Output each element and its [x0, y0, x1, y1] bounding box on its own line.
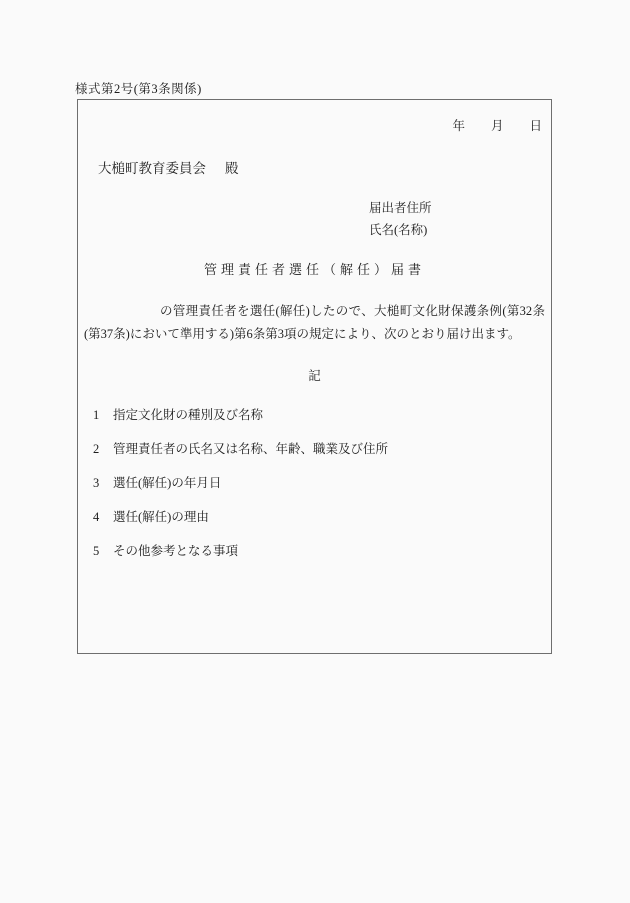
addressee-line: 大槌町教育委員会殿 — [98, 157, 239, 177]
list-item: 2 管理責任者の氏名又は名称、年齢、職業及び住所 — [93, 442, 388, 456]
addressee-honorific: 殿 — [225, 157, 239, 177]
item-text: 指定文化財の種別及び名称 — [113, 408, 263, 422]
item-text: 選任(解任)の年月日 — [113, 476, 221, 490]
document-title: 管理責任者選任（解任）届書 — [78, 259, 551, 278]
item-number: 1 — [93, 408, 113, 422]
item-text: その他参考となる事項 — [113, 544, 238, 558]
date-line: 年月日 — [452, 116, 542, 134]
item-number: 5 — [93, 544, 113, 558]
form-number-label: 様式第2号(第3条関係) — [75, 79, 202, 97]
submitter-block: 届出者住所 氏名(名称) — [369, 197, 432, 241]
addressee-name: 大槌町教育委員会 — [98, 161, 206, 176]
document-page: 様式第2号(第3条関係) 年月日 大槌町教育委員会殿 届出者住所 氏名(名称) … — [0, 0, 630, 903]
date-month-label: 月 — [491, 119, 504, 133]
item-number: 4 — [93, 510, 113, 524]
item-text: 選任(解任)の理由 — [113, 510, 209, 524]
list-item: 4 選任(解任)の理由 — [93, 510, 388, 524]
item-list: 1 指定文化財の種別及び名称 2 管理責任者の氏名又は名称、年齢、職業及び住所 … — [93, 408, 388, 578]
submitter-address-label: 届出者住所 — [369, 197, 432, 219]
list-item: 5 その他参考となる事項 — [93, 544, 388, 558]
body-paragraph: の管理責任者を選任(解任)したので、大槌町文化財保護条例(第32条(第37条)に… — [84, 300, 545, 346]
date-day-label: 日 — [529, 119, 542, 133]
item-number: 3 — [93, 476, 113, 490]
form-border-box: 年月日 大槌町教育委員会殿 届出者住所 氏名(名称) 管理責任者選任（解任）届書… — [77, 99, 552, 654]
date-year-label: 年 — [452, 119, 465, 133]
record-marker: 記 — [78, 366, 551, 384]
item-number: 2 — [93, 442, 113, 456]
list-item: 3 選任(解任)の年月日 — [93, 476, 388, 490]
submitter-name-label: 氏名(名称) — [369, 219, 432, 241]
list-item: 1 指定文化財の種別及び名称 — [93, 408, 388, 422]
item-text: 管理責任者の氏名又は名称、年齢、職業及び住所 — [113, 442, 388, 456]
